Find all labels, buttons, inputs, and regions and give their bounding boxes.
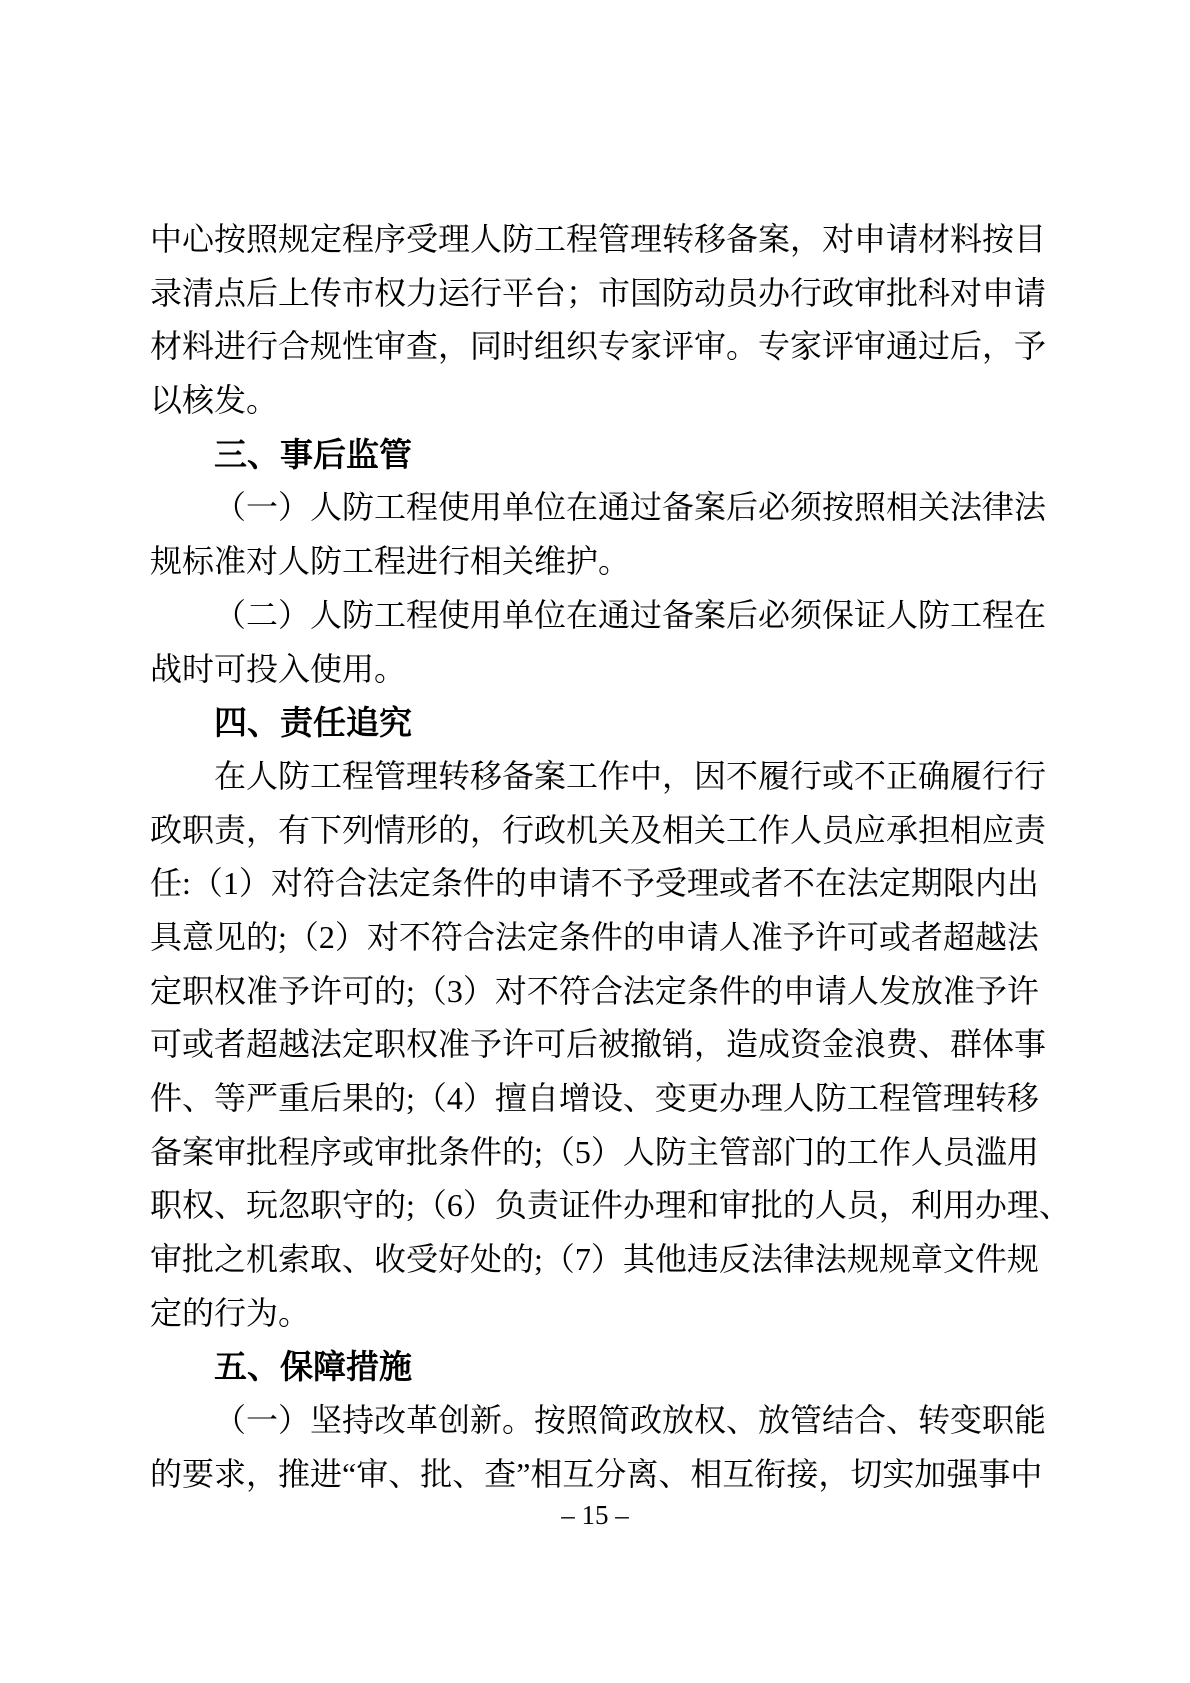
body-line: （二）人防工程使用单位在通过备案后必须保证人防工程在 <box>150 589 1050 643</box>
body-line: （一）坚持改革创新。按照简政放权、放管结合、转变职能 <box>150 1394 1050 1448</box>
body-line: （一）人防工程使用单位在通过备案后必须按照相关法律法 <box>150 481 1050 535</box>
section-heading: 三、事后监管 <box>150 428 1050 482</box>
body-line: 的要求，推进“审、批、查”相互分离、相互衔接，切实加强事中 <box>150 1448 1050 1502</box>
document-body: 中心按照规定程序受理人防工程管理转移备案，对申请材料按目录清点后上传市权力运行平… <box>150 213 1050 1502</box>
body-line: 审批之机索取、收受好处的;（7）其他违反法律法规规章文件规 <box>150 1233 1050 1287</box>
document-page: 中心按照规定程序受理人防工程管理转移备案，对申请材料按目录清点后上传市权力运行平… <box>0 0 1190 1683</box>
body-line: 可或者超越法定职权准予许可后被撤销，造成资金浪费、群体事 <box>150 1018 1050 1072</box>
body-line: 职权、玩忽职守的;（6）负责证件办理和审批的人员，利用办理、 <box>150 1179 1050 1233</box>
body-line: 在人防工程管理转移备案工作中，因不履行或不正确履行行 <box>150 750 1050 804</box>
body-line: 以核发。 <box>150 374 1050 428</box>
body-line: 规标准对人防工程进行相关维护。 <box>150 535 1050 589</box>
section-heading: 五、保障措施 <box>150 1340 1050 1394</box>
body-line: 定职权准予许可的;（3）对不符合法定条件的申请人发放准予许 <box>150 965 1050 1019</box>
body-line: 中心按照规定程序受理人防工程管理转移备案，对申请材料按目 <box>150 213 1050 267</box>
body-line: 政职责，有下列情形的，行政机关及相关工作人员应承担相应责 <box>150 804 1050 858</box>
body-line: 具意见的;（2）对不符合法定条件的申请人准予许可或者超越法 <box>150 911 1050 965</box>
body-line: 定的行为。 <box>150 1287 1050 1341</box>
body-line: 战时可投入使用。 <box>150 643 1050 697</box>
body-line: 材料进行合规性审查，同时组织专家评审。专家评审通过后，予 <box>150 320 1050 374</box>
body-line: 备案审批程序或审批条件的;（5）人防主管部门的工作人员滥用 <box>150 1126 1050 1180</box>
section-heading: 四、责任追究 <box>150 696 1050 750</box>
body-line: 任:（1）对符合法定条件的申请不予受理或者不在法定期限内出 <box>150 857 1050 911</box>
body-line: 件、等严重后果的;（4）擅自增设、变更办理人防工程管理转移 <box>150 1072 1050 1126</box>
body-line: 录清点后上传市权力运行平台；市国防动员办行政审批科对申请 <box>150 267 1050 321</box>
page-number: – 15 – <box>0 1498 1190 1532</box>
